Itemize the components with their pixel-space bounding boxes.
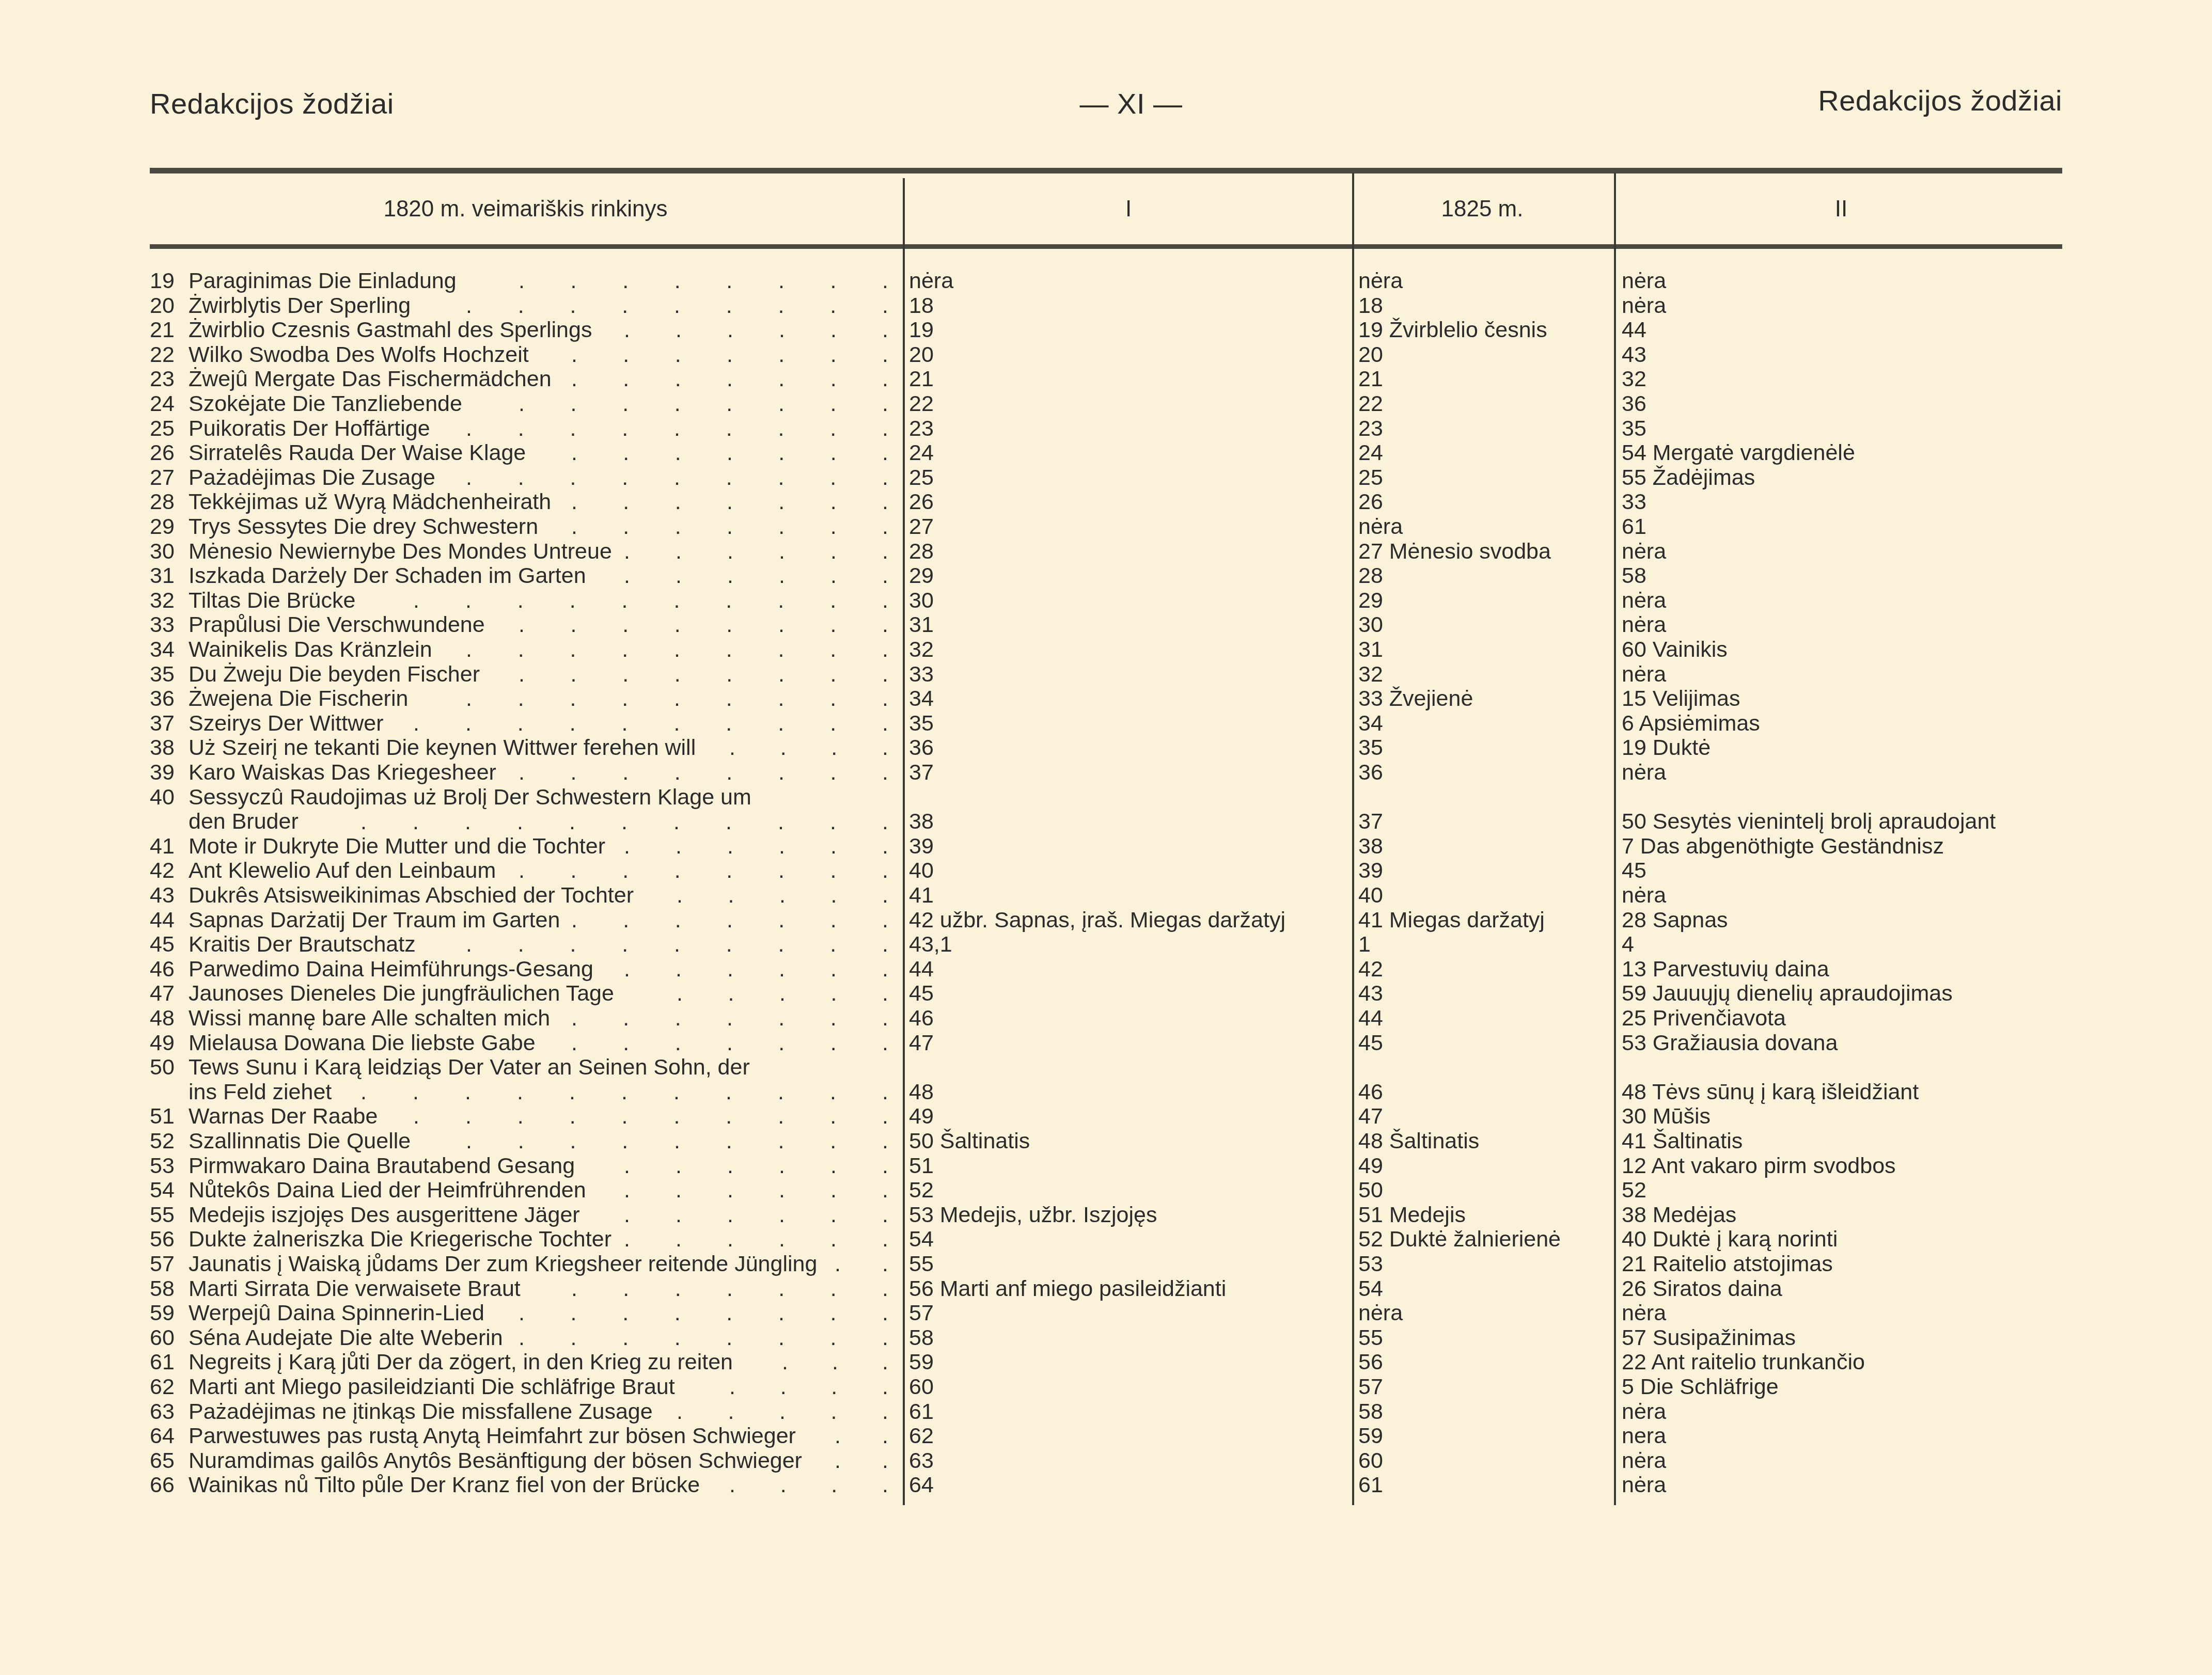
leader-dots: ...... — [624, 1178, 888, 1203]
column-II-value: 50 Sesytės vienintelį brolį apraudojant — [1622, 809, 1996, 834]
column-1825-value: nėra — [1358, 268, 1403, 293]
column-II-value: 19 Duktė — [1622, 735, 1711, 760]
column-1825-value: 19 Žvirblelio česnis — [1358, 318, 1547, 342]
row-number: 52 — [150, 1129, 175, 1153]
song-title: Du Żweju Die beyden Fischer — [189, 662, 480, 687]
column-II-value: 48 Tėvs sūnų į karą išleidžiant — [1622, 1080, 1919, 1104]
table-row: 32Tiltas Die Brücke3029nėra.......... — [150, 588, 2071, 613]
table-row: 59Werpejû Daina Spinnerin-Lied57nėranėra… — [150, 1301, 2071, 1325]
column-II-value: nėra — [1622, 883, 1666, 908]
column-II-value: 28 Sapnas — [1622, 908, 1728, 933]
table-row: 38Uż Szeirį ne tekanti Die keynen Wittwe… — [150, 735, 2071, 760]
table-row: 19Paraginimas Die Einladungnėranėranėra.… — [150, 268, 2071, 293]
table-row: 58Marti Sirrata Die verwaisete Braut56 M… — [150, 1276, 2071, 1301]
row-number: 49 — [150, 1031, 175, 1055]
column-I-value: 33 — [909, 662, 934, 687]
song-title: Warnas Der Raabe — [189, 1104, 378, 1129]
leader-dots: .......... — [413, 711, 888, 736]
column-1825-value: 57 — [1358, 1374, 1383, 1399]
column-II-value: nėra — [1622, 1448, 1666, 1473]
row-number: 55 — [150, 1203, 175, 1227]
column-I-value: 23 — [909, 416, 934, 441]
column-I-value: 41 — [909, 883, 934, 908]
row-number: 27 — [150, 465, 175, 490]
column-1825-value: 33 Žvejienė — [1358, 686, 1473, 711]
column-header-1820: 1820 m. veimariškis rinkinys — [150, 173, 901, 244]
song-title: Werpejû Daina Spinnerin-Lied — [189, 1301, 484, 1325]
column-II-value: 25 Privenčiavota — [1622, 1006, 1786, 1031]
column-I-value: 63 — [909, 1448, 934, 1473]
leader-dots: ........ — [519, 858, 888, 883]
song-title: Pażadėjimas ne įtinkąs Die missfallene Z… — [189, 1399, 653, 1424]
song-title: Pażadėjimas Die Zusage — [189, 465, 435, 490]
leader-dots: ........ — [519, 662, 888, 687]
song-title: Nuramdimas gailôs Anytôs Besänftigung de… — [189, 1448, 802, 1473]
column-II-value: 40 Duktė į karą norinti — [1622, 1227, 1838, 1252]
column-II-value: 38 Medėjas — [1622, 1203, 1736, 1227]
song-title: Dukte żalneriszka Die Kriegerische Tocht… — [189, 1227, 611, 1252]
leader-dots: ...... — [624, 318, 888, 342]
song-title: Trys Sessytes Die drey Schwestern — [189, 514, 538, 539]
leader-dots: ........ — [519, 1301, 888, 1325]
table-row: 41Mote ir Dukryte Die Mutter und die Toc… — [150, 834, 2071, 859]
column-1825-value: 22 — [1358, 391, 1383, 416]
table-row: 39Karo Waiskas Das Kriegesheer3736nėra..… — [150, 760, 2071, 785]
column-1825-value: 42 — [1358, 957, 1383, 982]
row-number: 29 — [150, 514, 175, 539]
table-row: 56Dukte żalneriszka Die Kriegerische Toc… — [150, 1227, 2071, 1252]
column-header-label: I — [1125, 196, 1132, 222]
leader-dots: ....... — [571, 489, 888, 514]
column-I-value: 44 — [909, 957, 934, 982]
table-row: 42Ant Klewelio Auf den Leinbaum403945...… — [150, 858, 2071, 883]
song-title: Dukrês Atsisweikinimas Abschied der Toch… — [189, 883, 634, 908]
column-I-value: 55 — [909, 1252, 934, 1276]
table-row: 22Wilko Swodba Des Wolfs Hochzeit202043.… — [150, 342, 2071, 367]
leader-dots: .. — [835, 1424, 888, 1448]
column-1825-value: 49 — [1358, 1153, 1383, 1178]
table-row: 40Sessyczû Raudojimas uż Brolį Der Schwe… — [150, 785, 2071, 810]
table-row: 60Séna Audejate Die alte Weberin585557 S… — [150, 1325, 2071, 1350]
column-1825-value: 35 — [1358, 735, 1383, 760]
leader-dots: ......... — [466, 1129, 888, 1153]
column-1825-value: 31 — [1358, 637, 1383, 662]
leader-dots: ..... — [677, 1399, 888, 1424]
row-number: 39 — [150, 760, 175, 785]
column-II-value: 57 Susipažinimas — [1622, 1325, 1796, 1350]
leader-dots: ....... — [571, 1006, 888, 1031]
table-row: 63Pażadėjimas ne įtinkąs Die missfallene… — [150, 1399, 2071, 1424]
song-title: Żwejû Mergate Das Fischermädchen — [189, 367, 552, 391]
column-1825-value: 58 — [1358, 1399, 1383, 1424]
song-title: Mielausa Dowana Die liebste Gabe — [189, 1031, 536, 1055]
row-number: 65 — [150, 1448, 175, 1473]
column-II-value: 21 Raitelio atstojimas — [1622, 1252, 1833, 1276]
leader-dots: ...... — [624, 563, 888, 588]
leader-dots: .......... — [413, 1104, 888, 1129]
row-number: 48 — [150, 1006, 175, 1031]
leader-dots: .. — [835, 1252, 888, 1276]
column-II-value: 35 — [1622, 416, 1646, 441]
column-header-label: 1825 m. — [1441, 196, 1524, 222]
column-I-value: 58 — [909, 1325, 934, 1350]
table-row: 25Puikoratis Der Hoffärtige232335.......… — [150, 416, 2071, 441]
column-I-value: 38 — [909, 809, 934, 834]
column-II-value: 53 Gražiausia dovana — [1622, 1031, 1838, 1055]
leader-dots: ....... — [571, 514, 888, 539]
row-number: 25 — [150, 416, 175, 441]
column-II-value: 45 — [1622, 858, 1646, 883]
column-II-value: 12 Ant vakaro pirm svodbos — [1622, 1153, 1896, 1178]
column-header-II: II — [1617, 173, 2066, 244]
column-II-value: 30 Mūšis — [1622, 1104, 1711, 1129]
column-I-value: 25 — [909, 465, 934, 490]
leader-dots: ...... — [624, 539, 888, 564]
table-row: 62Marti ant Miego pasileidzianti Die sch… — [150, 1374, 2071, 1399]
row-number: 54 — [150, 1178, 175, 1203]
row-number: 33 — [150, 612, 175, 637]
column-I-value: 46 — [909, 1006, 934, 1031]
table-row: 55Medejis iszjojęs Des ausgerittene Jäge… — [150, 1203, 2071, 1227]
column-I-value: 59 — [909, 1350, 934, 1374]
column-II-value: 59 Jauuųjų dienelių apraudojimas — [1622, 981, 1953, 1006]
column-I-value: 57 — [909, 1301, 934, 1325]
column-1825-value: 1 — [1358, 932, 1371, 957]
table-row: 30Mėnesio Newiernybe Des Mondes Untreue2… — [150, 539, 2071, 564]
row-number: 64 — [150, 1424, 175, 1448]
row-number: 44 — [150, 908, 175, 933]
table-row: 50Tews Sunu i Karą leidziąs Der Vater an… — [150, 1055, 2071, 1080]
song-title: Jaunoses Dieneles Die jungfräulichen Tag… — [189, 981, 614, 1006]
column-I-value: 30 — [909, 588, 934, 613]
column-1825-value: 52 Duktė žalnierienė — [1358, 1227, 1561, 1252]
table-row: 53Pirmwakaro Daina Brautabend Gesang5149… — [150, 1153, 2071, 1178]
row-number: 20 — [150, 293, 175, 318]
leader-dots: ....... — [571, 367, 888, 391]
song-title: Szallinnatis Die Quelle — [189, 1129, 411, 1153]
column-II-value: 6 Apsiėmimas — [1622, 711, 1760, 736]
leader-dots: ....... — [571, 1031, 888, 1055]
table-row: 48Wissi mannę bare Alle schalten mich464… — [150, 1006, 2071, 1031]
row-number: 34 — [150, 637, 175, 662]
column-II-value: 5 Die Schläfrige — [1622, 1374, 1779, 1399]
column-II-value: nėra — [1622, 1399, 1666, 1424]
song-title: Pirmwakaro Daina Brautabend Gesang — [189, 1153, 575, 1178]
song-title: Wainikas nů Tilto půle Der Kranz fiel vo… — [189, 1473, 700, 1497]
column-II-value: 4 — [1622, 932, 1634, 957]
table-row: 65Nuramdimas gailôs Anytôs Besänftigung … — [150, 1448, 2071, 1473]
leader-dots: ....... — [571, 342, 888, 367]
row-number: 59 — [150, 1301, 175, 1325]
leader-dots: .... — [729, 1374, 888, 1399]
column-I-value: 60 — [909, 1374, 934, 1399]
song-title: Tiltas Die Brücke — [189, 588, 355, 613]
column-I-value: 39 — [909, 834, 934, 859]
column-header-label: II — [1835, 196, 1847, 222]
song-title: Mote ir Dukryte Die Mutter und die Tocht… — [189, 834, 605, 859]
column-II-value: 44 — [1622, 318, 1646, 342]
table-row: 20Żwirblytis Der Sperling1818nėra.......… — [150, 293, 2071, 318]
song-title: Wilko Swodba Des Wolfs Hochzeit — [189, 342, 529, 367]
column-II-value: 33 — [1622, 489, 1646, 514]
column-1825-value: 56 — [1358, 1350, 1383, 1374]
column-1825-value: 39 — [1358, 858, 1383, 883]
leader-dots: ....... — [571, 440, 888, 465]
song-title: Sirratelês Rauda Der Waise Klage — [189, 440, 526, 465]
column-I-value: 28 — [909, 539, 934, 564]
column-1825-value: 41 Miegas daržatyj — [1358, 908, 1545, 933]
column-II-value: 55 Žadėjimas — [1622, 465, 1755, 490]
row-number: 35 — [150, 662, 175, 687]
song-title: Nůtekôs Daina Lied der Heimfrührenden — [189, 1178, 586, 1203]
column-I-value: 45 — [909, 981, 934, 1006]
column-II-value: nėra — [1622, 539, 1666, 564]
leader-dots: ........ — [519, 612, 888, 637]
column-1825-value: 60 — [1358, 1448, 1383, 1473]
table-row: 49Mielausa Dowana Die liebste Gabe474553… — [150, 1031, 2071, 1055]
column-1825-value: 23 — [1358, 416, 1383, 441]
row-number: 51 — [150, 1104, 175, 1129]
leader-dots: ......... — [466, 932, 888, 957]
column-II-value: 22 Ant raitelio trunkančio — [1622, 1350, 1865, 1374]
song-title: Iszkada Darżely Der Schaden im Garten — [189, 563, 586, 588]
column-I-value: 29 — [909, 563, 934, 588]
row-number: 46 — [150, 957, 175, 982]
column-II-value: 7 Das abgenöthigte Geständnisz — [1622, 834, 1944, 859]
song-title: Puikoratis Der Hoffärtige — [189, 416, 430, 441]
song-title: Uż Szeirį ne tekanti Die keynen Wittwer … — [189, 735, 696, 760]
column-II-value: 60 Vainikis — [1622, 637, 1728, 662]
row-number: 56 — [150, 1227, 175, 1252]
column-II-value: nėra — [1622, 268, 1666, 293]
column-I-value: 35 — [909, 711, 934, 736]
song-title: Parwedimo Daina Heimführungs-Gesang — [189, 957, 593, 982]
page-number: — XI — — [1033, 87, 1229, 120]
leader-dots: ... — [782, 1350, 888, 1374]
song-title: Marti Sirrata Die verwaisete Braut — [189, 1276, 521, 1301]
column-I-value: 64 — [909, 1473, 934, 1497]
song-title: Szeirys Der Wittwer — [189, 711, 383, 736]
column-1825-value: 61 — [1358, 1473, 1383, 1497]
column-I-value: 26 — [909, 489, 934, 514]
column-I-value: 48 — [909, 1080, 934, 1104]
leader-dots: ........... — [360, 810, 888, 834]
table-row: 54Nůtekôs Daina Lied der Heimfrührenden5… — [150, 1178, 2071, 1203]
song-title: Sapnas Darżatij Der Traum im Garten — [189, 908, 560, 933]
table-row: 21Żwirblio Czesnis Gastmahl des Sperling… — [150, 318, 2071, 342]
table-row: 61Negreits į Karą jůti Der da zögert, in… — [150, 1350, 2071, 1374]
column-1825-value: 48 Šaltinatis — [1358, 1129, 1479, 1153]
leader-dots: ........ — [519, 391, 888, 416]
song-title-continued: ins Feld ziehet — [189, 1080, 332, 1104]
song-title: Marti ant Miego pasileidzianti Die schlä… — [189, 1374, 675, 1399]
running-head-left: Redakcijos žodžiai — [150, 87, 394, 120]
column-header-1825: 1825 m. — [1353, 173, 1611, 244]
song-title: Sessyczû Raudojimas uż Brolį Der Schwest… — [189, 785, 751, 810]
leader-dots: ......... — [466, 465, 888, 490]
column-I-value: 42 užbr. Sapnas, įraš. Miegas daržatyj — [909, 908, 1285, 933]
song-title: Prapůlusi Die Verschwundene — [189, 612, 485, 637]
column-I-value: 22 — [909, 391, 934, 416]
column-1825-value: 32 — [1358, 662, 1383, 687]
row-number: 43 — [150, 883, 175, 908]
column-1825-value: 25 — [1358, 465, 1383, 490]
leader-dots: ......... — [466, 293, 888, 318]
column-II-value: 36 — [1622, 391, 1646, 416]
row-number: 60 — [150, 1325, 175, 1350]
row-number: 21 — [150, 318, 175, 342]
column-I-value: 61 — [909, 1399, 934, 1424]
row-number: 38 — [150, 735, 175, 760]
leader-dots: ......... — [466, 686, 888, 711]
column-I-value: 20 — [909, 342, 934, 367]
column-header-I: I — [904, 173, 1353, 244]
column-I-value: 54 — [909, 1227, 934, 1252]
column-I-value: 51 — [909, 1153, 934, 1178]
column-I-value: 47 — [909, 1031, 934, 1055]
column-II-value: 58 — [1622, 563, 1646, 588]
song-title: Ant Klewelio Auf den Leinbaum — [189, 858, 496, 883]
row-number: 28 — [150, 489, 175, 514]
column-1825-value: 38 — [1358, 834, 1383, 859]
leader-dots: .......... — [413, 588, 888, 613]
column-I-value: nėra — [909, 268, 953, 293]
column-1825-value: 40 — [1358, 883, 1383, 908]
table-row: 64Parwestuwes pas rustą Anytą Heimfahrt … — [150, 1424, 2071, 1448]
column-I-value: 34 — [909, 686, 934, 711]
table-row: 23Żwejû Mergate Das Fischermädchen212132… — [150, 367, 2071, 391]
song-title: Żwirblytis Der Sperling — [189, 293, 411, 318]
leader-dots: ...... — [624, 1227, 888, 1252]
column-1825-value: 54 — [1358, 1276, 1383, 1301]
column-I-value: 21 — [909, 367, 934, 391]
column-I-value: 32 — [909, 637, 934, 662]
leader-dots: ........ — [519, 1325, 888, 1350]
table-row: 26Sirratelês Rauda Der Waise Klage242454… — [150, 440, 2071, 465]
column-I-value: 37 — [909, 760, 934, 785]
song-title: Wainikelis Das Kränzlein — [189, 637, 432, 662]
leader-dots: ...... — [624, 1203, 888, 1227]
column-1825-value: 50 — [1358, 1178, 1383, 1203]
table-row: 52Szallinnatis Die Quelle50 Šaltinatis48… — [150, 1129, 2071, 1153]
column-II-value: nėra — [1622, 612, 1666, 637]
column-II-value: nera — [1622, 1424, 1666, 1448]
column-1825-value: 47 — [1358, 1104, 1383, 1129]
column-1825-value: 36 — [1358, 760, 1383, 785]
leader-dots: .. — [835, 1448, 888, 1473]
column-I-value: 27 — [909, 514, 934, 539]
song-title: Karo Waiskas Das Kriegesheer — [189, 760, 496, 785]
row-number: 30 — [150, 539, 175, 564]
column-1825-value: 21 — [1358, 367, 1383, 391]
song-title: Mėnesio Newiernybe Des Mondes Untreue — [189, 539, 612, 564]
column-1825-value: 26 — [1358, 489, 1383, 514]
song-title: Tekkėjimas už Wyrą Mädchenheirath — [189, 489, 551, 514]
table-row: 45Kraitis Der Brautschatz43,114......... — [150, 932, 2071, 957]
column-1825-value: 55 — [1358, 1325, 1383, 1350]
leader-dots: ....... — [571, 908, 888, 933]
column-1825-value: 28 — [1358, 563, 1383, 588]
row-number: 58 — [150, 1276, 175, 1301]
table-row: 46Parwedimo Daina Heimführungs-Gesang444… — [150, 957, 2071, 982]
column-I-value: 31 — [909, 612, 934, 637]
leader-dots: ....... — [571, 1276, 888, 1301]
column-II-value: 15 Velijimas — [1622, 686, 1740, 711]
row-number: 23 — [150, 367, 175, 391]
column-1825-value: 24 — [1358, 440, 1383, 465]
column-II-value: 26 Siratos daina — [1622, 1276, 1782, 1301]
column-1825-value: 20 — [1358, 342, 1383, 367]
row-number: 45 — [150, 932, 175, 957]
column-I-value: 53 Medejis, užbr. Iszjojęs — [909, 1203, 1157, 1227]
table-row: 24Szokėjate Die Tanzliebende222236......… — [150, 391, 2071, 416]
leader-dots: ........ — [519, 268, 888, 293]
row-number: 32 — [150, 588, 175, 613]
song-title: Jaunatis į Waiską jůdams Der zum Kriegsh… — [189, 1252, 817, 1276]
table-row: 33Prapůlusi Die Verschwundene3130nėra...… — [150, 612, 2071, 637]
song-title: Żwejena Die Fischerin — [189, 686, 408, 711]
table-row: 44Sapnas Darżatij Der Traum im Garten42 … — [150, 908, 2071, 933]
row-number: 26 — [150, 440, 175, 465]
table-row: 37Szeirys Der Wittwer35346 Apsiėmimas...… — [150, 711, 2071, 736]
column-1825-value: nėra — [1358, 514, 1403, 539]
running-head-right: Redakcijos žodžiai — [1818, 84, 2062, 117]
column-1825-value: 37 — [1358, 809, 1383, 834]
row-number: 36 — [150, 686, 175, 711]
row-number: 53 — [150, 1153, 175, 1178]
leader-dots: ...... — [624, 957, 888, 982]
row-number: 42 — [150, 858, 175, 883]
row-number: 19 — [150, 268, 175, 293]
column-I-value: 40 — [909, 858, 934, 883]
column-II-value: nėra — [1622, 662, 1666, 687]
table-row: 47Jaunoses Dieneles Die jungfräulichen T… — [150, 981, 2071, 1006]
running-head: Redakcijos žodžiai — XI — Redakcijos žod… — [150, 87, 2062, 123]
table-row: 43Dukrês Atsisweikinimas Abschied der To… — [150, 883, 2071, 908]
column-1825-value: 43 — [1358, 981, 1383, 1006]
table-row: 34Wainikelis Das Kränzlein323160 Vainiki… — [150, 637, 2071, 662]
row-number: 63 — [150, 1399, 175, 1424]
row-number: 40 — [150, 785, 175, 810]
table-row: 28Tekkėjimas už Wyrą Mädchenheirath26263… — [150, 489, 2071, 514]
table-row: 31Iszkada Darżely Der Schaden im Garten2… — [150, 563, 2071, 588]
column-II-value: nėra — [1622, 588, 1666, 613]
leader-dots: ......... — [466, 416, 888, 441]
column-I-value: 62 — [909, 1424, 934, 1448]
column-I-value: 52 — [909, 1178, 934, 1203]
table-header: 1820 m. veimariškis rinkinys I 1825 m. I… — [150, 173, 2062, 244]
column-I-value: 24 — [909, 440, 934, 465]
table-row: 51Warnas Der Raabe494730 Mūšis.......... — [150, 1104, 2071, 1129]
column-1825-value: 29 — [1358, 588, 1383, 613]
leader-dots: ........ — [519, 760, 888, 785]
column-II-value: 52 — [1622, 1178, 1646, 1203]
song-title: Szokėjate Die Tanzliebende — [189, 391, 462, 416]
column-II-value: 61 — [1622, 514, 1646, 539]
table-top-rule — [150, 168, 2062, 173]
table-row: 36Żwejena Die Fischerin3433 Žvejienė15 V… — [150, 686, 2071, 711]
column-I-value: 43,1 — [909, 932, 952, 957]
column-II-value: 32 — [1622, 367, 1646, 391]
row-number: 37 — [150, 711, 175, 736]
column-1825-value: 45 — [1358, 1031, 1383, 1055]
leader-dots: ..... — [677, 883, 888, 908]
leader-dots: ..... — [677, 981, 888, 1006]
song-title: Wissi mannę bare Alle schalten mich — [189, 1006, 550, 1031]
column-I-value: 56 Marti anf miego pasileidžianti — [909, 1276, 1226, 1301]
column-II-value: nėra — [1622, 293, 1666, 318]
table-row: 29Trys Sessytes Die drey Schwestern27nėr… — [150, 514, 2071, 539]
